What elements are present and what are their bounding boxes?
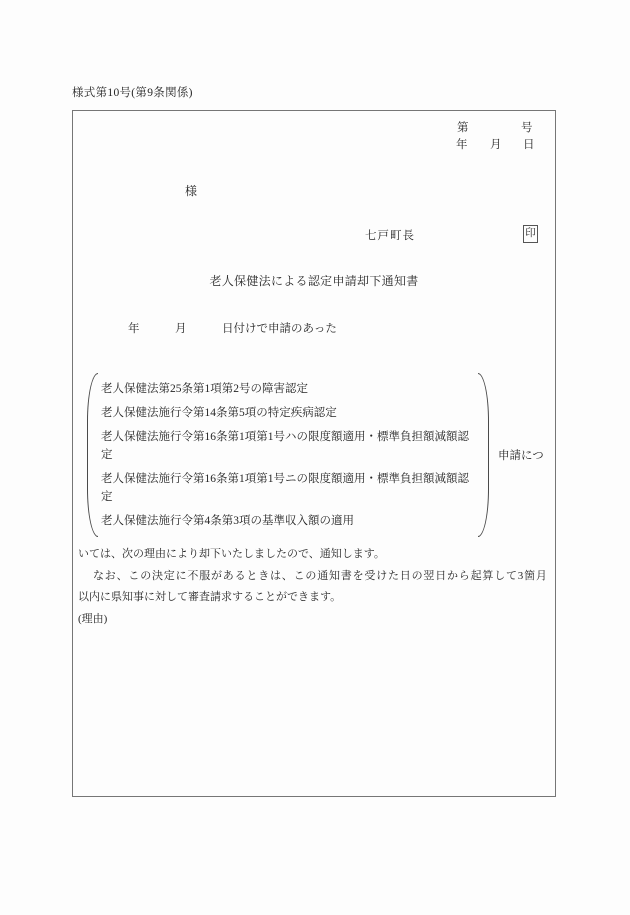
document-border-box: 第 号 年 月 日 様 七戸町長 印 老人保健法による認定申請却下通知書 年 月… (72, 110, 556, 797)
body-line-1: いては、次の理由により却下いたしましたので、通知します。 (78, 544, 554, 566)
body-paragraph: いては、次の理由により却下いたしましたので、通知します。 なお、この決定に不服が… (78, 544, 554, 630)
certification-item: 老人保健法施行令第16条第1項第1号ハの限度額適用・標準負担額減額認定 (101, 428, 478, 464)
form-number-label: 様式第10号(第9条関係) (72, 84, 193, 100)
reason-label: (理由) (78, 609, 554, 631)
document-page: 様式第10号(第9条関係) 第 号 年 月 日 様 七戸町長 印 老人保健法によ… (0, 0, 630, 915)
issuer-title: 七戸町長 (365, 227, 415, 243)
document-title: 老人保健法による認定申請却下通知書 (73, 272, 555, 289)
seal-mark: 印 (523, 225, 538, 243)
date-year-label: 年 (456, 136, 468, 152)
bracket-side-text: 申請につ (498, 447, 544, 463)
app-year-label: 年 (128, 320, 140, 336)
left-parenthesis (87, 373, 98, 537)
recipient-honorific: 様 (185, 182, 197, 199)
certification-bracket-block: 老人保健法第25条第1項第2号の障害認定老人保健法施行令第14条第5項の特定疾病… (87, 373, 544, 537)
certification-item: 老人保健法施行令第14条第5項の特定疾病認定 (101, 404, 478, 422)
doc-number-suffix: 号 (521, 119, 533, 135)
right-parenthesis (478, 373, 489, 537)
certification-list: 老人保健法第25条第1項第2号の障害認定老人保健法施行令第14条第5項の特定疾病… (99, 373, 478, 537)
date-day-label: 日 (523, 136, 535, 152)
certification-item: 老人保健法施行令第16条第1項第1号ニの限度額適用・標準負担額減額認定 (101, 470, 478, 506)
body-line-3: 以内に県知事に対して審査請求することができます。 (78, 587, 554, 609)
app-month-label: 月 (175, 320, 187, 336)
doc-number-prefix: 第 (457, 119, 469, 135)
certification-item: 老人保健法第25条第1項第2号の障害認定 (101, 380, 478, 398)
body-line-2: なお、この決定に不服があるときは、この通知書を受けた日の翌日から起算して3箇月 (78, 566, 554, 588)
certification-item: 老人保健法施行令第4条第3項の基準収入額の適用 (101, 512, 478, 530)
app-date-tail: 日付けで申請のあった (222, 320, 337, 336)
date-month-label: 月 (490, 136, 502, 152)
